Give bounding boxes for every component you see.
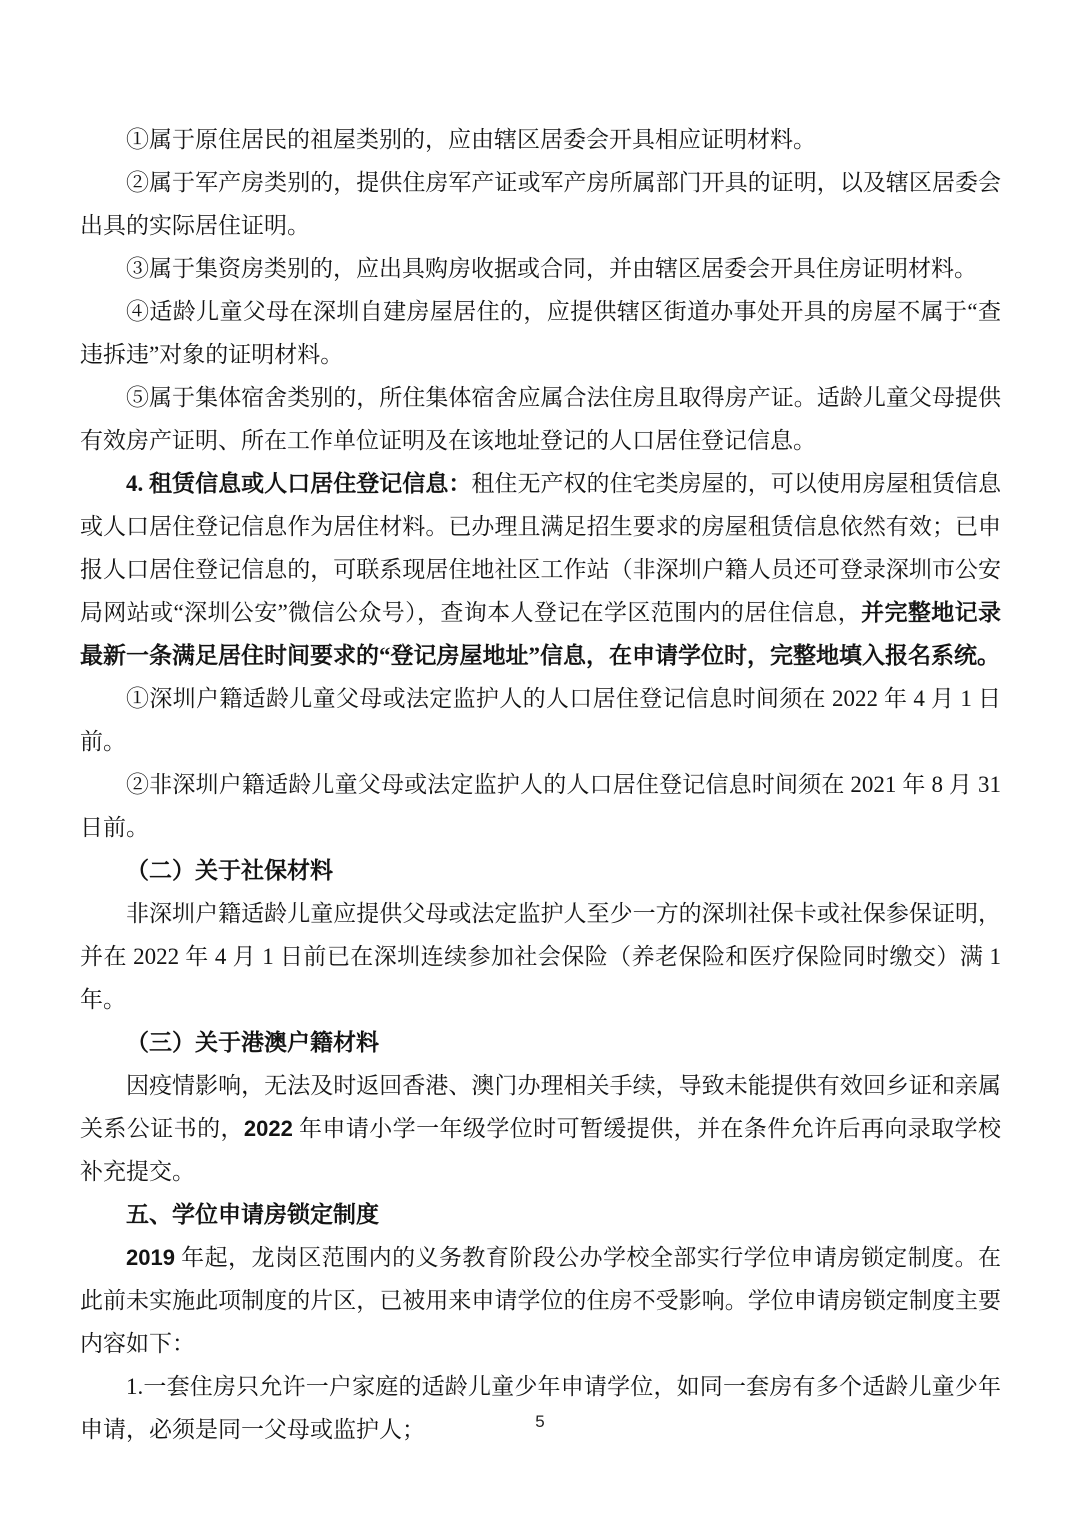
paragraph: ①深圳户籍适龄儿童父母或法定监护人的人口居住登记信息时间须在 2022 年 4 …	[80, 677, 1001, 763]
paragraph: 1.一套住房只允许一户家庭的适龄儿童少年申请学位，如同一套房有多个适龄儿童少年申…	[80, 1365, 1001, 1451]
paragraph: ②属于军产房类别的，提供住房军产证或军产房所属部门开具的证明，以及辖区居委会出具…	[80, 161, 1001, 247]
page-number: 5	[535, 1412, 544, 1431]
text-run: ③属于集资房类别的，应出具购房收据或合同，并由辖区居委会开具住房证明材料。	[126, 256, 977, 281]
text-run: （二）关于社保材料	[126, 858, 333, 883]
text-run: ②属于军产房类别的，提供住房军产证或军产房所属部门开具的证明，以及辖区居委会出具…	[80, 170, 1001, 238]
paragraph: ⑤属于集体宿舍类别的，所住集体宿舍应属合法住房且取得房产证。适龄儿童父母提供有效…	[80, 376, 1001, 462]
paragraph: ④适龄儿童父母在深圳自建房屋居住的，应提供辖区街道办事处开具的房屋不属于“查违拆…	[80, 290, 1001, 376]
section-heading: 五、学位申请房锁定制度	[80, 1193, 1001, 1236]
text-run: 2022	[244, 1116, 293, 1141]
text-run: ④适龄儿童父母在深圳自建房屋居住的，应提供辖区街道办事处开具的房屋不属于“查违拆…	[80, 299, 1001, 367]
page-footer: 5	[0, 1412, 1080, 1432]
text-run: 4. 租赁信息或人口居住登记信息：	[126, 471, 471, 496]
document-page: ①属于原住居民的祖屋类别的，应由辖区居委会开具相应证明材料。②属于军产房类别的，…	[0, 0, 1080, 1527]
paragraph: 非深圳户籍适龄儿童应提供父母或法定监护人至少一方的深圳社保卡或社保参保证明，并在…	[80, 892, 1001, 1021]
document-body: ①属于原住居民的祖屋类别的，应由辖区居委会开具相应证明材料。②属于军产房类别的，…	[80, 118, 1001, 1451]
text-run: 年起，龙岗区范围内的义务教育阶段公办学校全部实行学位申请房锁定制度。在此前未实施…	[80, 1245, 1001, 1356]
text-run: ⑤属于集体宿舍类别的，所住集体宿舍应属合法住房且取得房产证。适龄儿童父母提供有效…	[80, 385, 1001, 453]
paragraph: ①属于原住居民的祖屋类别的，应由辖区居委会开具相应证明材料。	[80, 118, 1001, 161]
text-run: 五、学位申请房锁定制度	[126, 1202, 379, 1227]
text-run: （三）关于港澳户籍材料	[126, 1030, 379, 1055]
paragraph: ②非深圳户籍适龄儿童父母或法定监护人的人口居住登记信息时间须在 2021 年 8…	[80, 763, 1001, 849]
paragraph: 4. 租赁信息或人口居住登记信息：租住无产权的住宅类房屋的，可以使用房屋租赁信息…	[80, 462, 1001, 677]
text-run: ①属于原住居民的祖屋类别的，应由辖区居委会开具相应证明材料。	[126, 127, 816, 152]
paragraph: 因疫情影响，无法及时返回香港、澳门办理相关手续，导致未能提供有效回乡证和亲属关系…	[80, 1064, 1001, 1193]
paragraph: ③属于集资房类别的，应出具购房收据或合同，并由辖区居委会开具住房证明材料。	[80, 247, 1001, 290]
section-heading: （三）关于港澳户籍材料	[80, 1021, 1001, 1064]
text-run: 非深圳户籍适龄儿童应提供父母或法定监护人至少一方的深圳社保卡或社保参保证明，并在…	[80, 901, 1001, 1012]
text-run: ①深圳户籍适龄儿童父母或法定监护人的人口居住登记信息时间须在 2022 年 4 …	[80, 686, 1001, 754]
text-run: ②非深圳户籍适龄儿童父母或法定监护人的人口居住登记信息时间须在 2021 年 8…	[80, 772, 1001, 840]
section-heading: （二）关于社保材料	[80, 849, 1001, 892]
paragraph: 2019 年起，龙岗区范围内的义务教育阶段公办学校全部实行学位申请房锁定制度。在…	[80, 1236, 1001, 1365]
text-run: 2019	[126, 1245, 175, 1270]
